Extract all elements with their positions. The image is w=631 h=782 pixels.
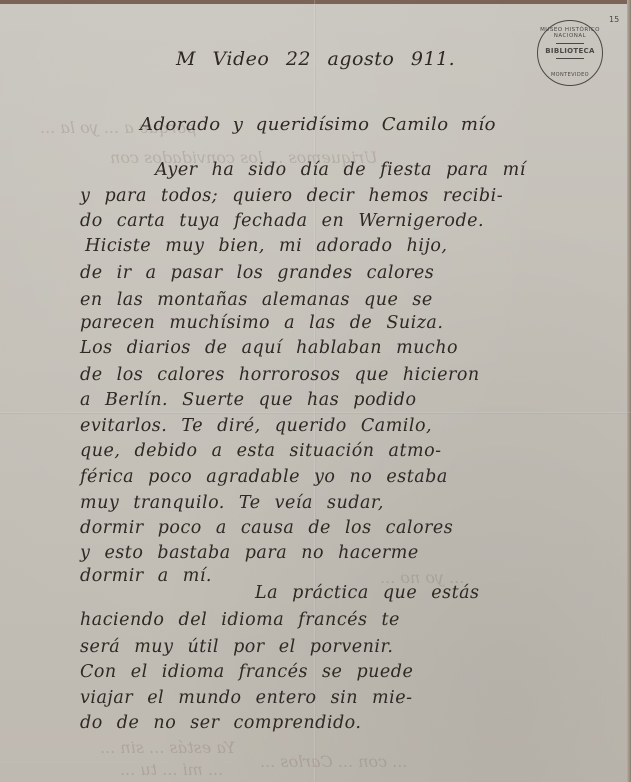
letter-line: férica poco agradable yo no estaba <box>80 467 448 487</box>
letter-line: y para todos; quiero decir hemos recibi- <box>80 186 503 206</box>
letter-line: evitarlos. Te diré, querido Camilo, <box>80 416 432 436</box>
letter-line: parecen muchísimo a las de Suiza. <box>80 313 443 333</box>
letter-salutation: Adorado y queridísimo Camilo mío <box>140 114 496 135</box>
letter-line: viajar el mundo entero sin mie- <box>80 688 413 708</box>
letter-line: de ir a pasar los grandes calores <box>80 263 434 283</box>
letter-line: será muy útil por el porvenir. <box>80 637 393 657</box>
letter-line: Hiciste muy bien, mi adorado hijo, <box>85 236 447 256</box>
letter-line: dormir poco a causa de los calores <box>80 518 453 538</box>
paper-right-edge <box>627 0 631 782</box>
stamp-divider <box>556 58 584 59</box>
library-stamp: MUSEO HISTÓRICO NACIONAL BIBLIOTECA MONT… <box>537 20 603 86</box>
letter-line: do de no ser comprendido. <box>80 713 361 733</box>
letter-line: Con el idioma francés se puede <box>80 662 413 682</box>
bleed-through-text: ... mi ... tu ... <box>120 760 223 779</box>
letter-dateline: M Video 22 agosto 911. <box>176 48 455 70</box>
letter-line: que, debido a esta situación atmo- <box>80 441 442 461</box>
letter-line: dormir a mí. <box>80 566 212 586</box>
letter-line: de los calores horrorosos que hicieron <box>80 365 480 385</box>
bleed-through-text: ... con ... Carlos ... <box>260 752 407 771</box>
bleed-through-text: Ya estás ... sin ... <box>100 738 235 757</box>
letter-line: a Berlín. Suerte que has podido <box>80 390 417 410</box>
stamp-ring-bottom-text: MONTEVIDEO <box>538 72 602 78</box>
letter-line: Ayer ha sido día de fiesta para mí <box>155 160 526 180</box>
stamp-ring-top-text: MUSEO HISTÓRICO NACIONAL <box>538 27 602 39</box>
stamp-divider <box>556 43 584 44</box>
letter-line: do carta tuya fechada en Wernigerode. <box>80 211 484 231</box>
letter-line: en las montañas alemanas que se <box>80 290 433 310</box>
letter-line: Los diarios de aquí hablaban mucho <box>80 338 458 358</box>
letter-page: porque a ... yo la ... Uriquemos ... los… <box>0 0 631 782</box>
letter-line: La práctica que estás <box>255 583 480 603</box>
folio-number: 15 <box>609 15 619 24</box>
letter-line: y esto bastaba para no hacerme <box>80 543 419 563</box>
letter-line: muy tranquilo. Te veía sudar, <box>80 493 384 513</box>
letter-line: haciendo del idioma francés te <box>80 610 400 630</box>
stamp-center-text: BIBLIOTECA <box>538 47 602 55</box>
horizontal-fold-crease <box>0 412 631 414</box>
